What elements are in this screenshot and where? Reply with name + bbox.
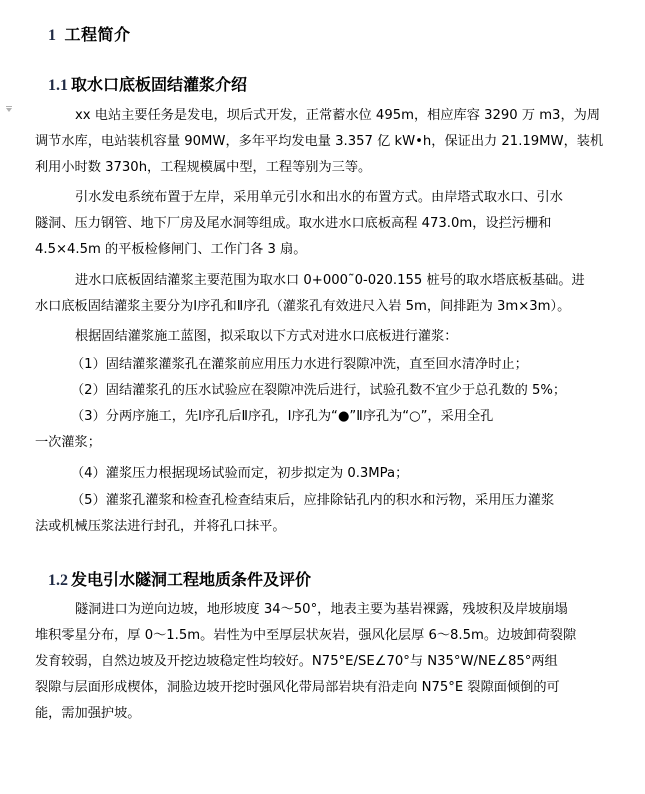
list-item-3-line-1: （3）分两序施工，先Ⅰ序孔后Ⅱ序孔，Ⅰ序孔为“●”Ⅱ序孔为“○”，采用全孔	[71, 409, 493, 424]
list-item-4-line-1: （4）灌浆压力根据现场试验而定，初步拟定为 0.3MPa；	[71, 466, 408, 481]
heading-1-2-number: 1.2	[48, 572, 68, 589]
paragraph-marker-icon	[6, 108, 12, 112]
paragraph-1-line-1: xx 电站主要任务是发电，坝后式开发，正常蓄水位 495m，相应库容 3290 …	[75, 108, 600, 123]
paragraph-3-line-1: 进水口底板固结灌浆主要范围为取水口 0+000˜0-020.155 桩号的取水塔…	[75, 273, 585, 288]
paragraph-1-line-3: 利用小时数 3730h，工程规模属中型，工程等别为三等。	[35, 155, 610, 181]
list-item-4: （4）灌浆压力根据现场试验而定，初步拟定为 0.3MPa；	[35, 461, 610, 487]
paragraph-3: 进水口底板固结灌浆主要范围为取水口 0+000˜0-020.155 桩号的取水塔…	[35, 268, 610, 320]
paragraph-3-line-2: 水口底板固结灌浆主要分为Ⅰ序孔和Ⅱ序孔（灌浆孔有效进尺入岩 5m，间排距为 3m…	[35, 294, 610, 320]
paragraph-geology-line-1: 隧洞进口为逆向边坡，地形坡度 34～50°，地表主要为基岩裸露，残坡积及岸坡崩塌	[75, 602, 568, 617]
list-item-5-line-2: 法或机械压浆法进行封孔，并将孔口抹平。	[35, 514, 610, 540]
paragraph-2-line-3: 4.5×4.5m 的平板检修闸门、工作门各 3 扇。	[35, 237, 610, 263]
list-item-5-line-1: （5）灌浆孔灌浆和检查孔检查结束后，应排除钻孔内的积水和污物，采用压力灌浆	[71, 493, 554, 508]
heading-1-2-title: 发电引水隧洞工程地质条件及评价	[71, 570, 311, 589]
heading-1-1-number: 1.1	[48, 77, 68, 94]
paragraph-4-line-1: 根据固结灌浆施工蓝图，拟采取以下方式对进水口底板进行灌浆：	[75, 329, 457, 344]
heading-1: 1工程简介	[48, 22, 131, 45]
list-item-3: （3）分两序施工，先Ⅰ序孔后Ⅱ序孔，Ⅰ序孔为“●”Ⅱ序孔为“○”，采用全孔 一次…	[35, 404, 610, 456]
paragraph-geology: 隧洞进口为逆向边坡，地形坡度 34～50°，地表主要为基岩裸露，残坡积及岸坡崩塌…	[35, 597, 610, 727]
paragraph-geology-line-2: 堆积零星分布，厚 0～1.5m。岩性为中至厚层状灰岩，强风化层厚 6～8.5m。…	[35, 623, 610, 649]
heading-1-number: 1	[48, 27, 57, 44]
heading-1-2: 1.2发电引水隧洞工程地质条件及评价	[48, 567, 311, 590]
paragraph-geology-line-5: 能，需加强护坡。	[35, 701, 610, 727]
paragraph-geology-line-4: 裂隙与层面形成楔体，洞脸边坡开挖时强风化带局部岩块有沿走向 N75°E 裂隙面倾…	[35, 675, 610, 701]
list-item-2-line-1: （2）固结灌浆孔的压水试验应在裂隙冲洗后进行，试验孔数不宜少于总孔数的 5%；	[71, 383, 566, 398]
list-item-3-line-2: 一次灌浆；	[35, 430, 610, 456]
list-item-5: （5）灌浆孔灌浆和检查孔检查结束后，应排除钻孔内的积水和污物，采用压力灌浆 法或…	[35, 488, 610, 540]
list-item-1: （1）固结灌浆灌浆孔在灌浆前应用压力水进行裂隙冲洗，直至回水清净时止；	[35, 352, 610, 378]
paragraph-4: 根据固结灌浆施工蓝图，拟采取以下方式对进水口底板进行灌浆：	[35, 324, 610, 350]
heading-1-1-title: 取水口底板固结灌浆介绍	[71, 75, 247, 94]
paragraph-2-line-2: 隧洞、压力钢管、地下厂房及尾水洞等组成。取水进水口底板高程 473.0m，设拦污…	[35, 211, 610, 237]
paragraph-2: 引水发电系统布置于左岸，采用单元引水和出水的布置方式。由岸塔式取水口、引水 隧洞…	[35, 185, 610, 263]
paragraph-1: xx 电站主要任务是发电，坝后式开发，正常蓄水位 495m，相应库容 3290 …	[35, 103, 610, 181]
paragraph-2-line-1: 引水发电系统布置于左岸，采用单元引水和出水的布置方式。由岸塔式取水口、引水	[75, 190, 563, 205]
heading-1-1: 1.1取水口底板固结灌浆介绍	[48, 72, 247, 95]
list-item-1-line-1: （1）固结灌浆灌浆孔在灌浆前应用压力水进行裂隙冲洗，直至回水清净时止；	[71, 357, 528, 372]
paragraph-geology-line-3: 发育较弱，自然边坡及开挖边坡稳定性均较好。N75°E/SE∠70°与 N35°W…	[35, 649, 610, 675]
heading-1-title: 工程简介	[65, 25, 131, 44]
list-item-2: （2）固结灌浆孔的压水试验应在裂隙冲洗后进行，试验孔数不宜少于总孔数的 5%；	[35, 378, 610, 404]
paragraph-1-line-2: 调节水库，电站装机容量 90MW，多年平均发电量 3.357 亿 kW•h，保证…	[35, 129, 610, 155]
